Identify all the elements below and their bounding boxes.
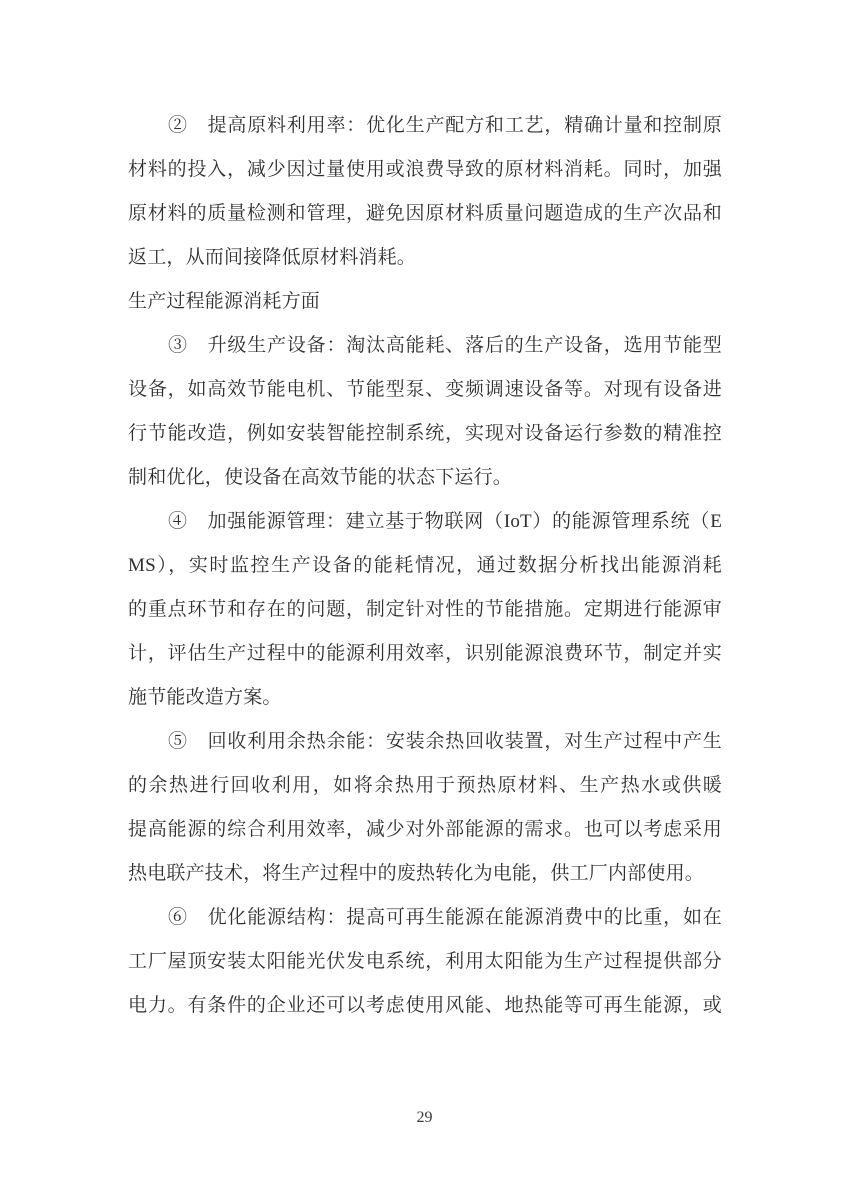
text-line: ④ 加强能源管理：建立基于物联网（IoT）的能源管理系统（E bbox=[128, 500, 722, 544]
text-line: 行节能改造，例如安装智能控制系统，实现对设备运行参数的精准控 bbox=[128, 412, 722, 456]
document-page: ② 提高原料利用率：优化生产配方和工艺，精确计量和控制原材料的投入，减少因过量使… bbox=[0, 0, 849, 1200]
paragraph: ③ 升级生产设备：淘汰高能耗、落后的生产设备，选用节能型设备，如高效节能电机、节… bbox=[128, 324, 722, 500]
text-line: MS），实时监控生产设备的能耗情况，通过数据分析找出能源消耗 bbox=[128, 544, 722, 588]
text-line: 计，评估生产过程中的能源利用效率，识别能源浪费环节，制定并实 bbox=[128, 632, 722, 676]
paragraph: ④ 加强能源管理：建立基于物联网（IoT）的能源管理系统（EMS），实时监控生产… bbox=[128, 500, 722, 720]
text-line: ⑤ 回收利用余热余能：安装余热回收装置，对生产过程中产生 bbox=[128, 720, 722, 764]
text-line: 生产过程能源消耗方面 bbox=[128, 280, 722, 324]
text-line: 提高能源的综合利用效率，减少对外部能源的需求。也可以考虑采用 bbox=[128, 808, 722, 852]
text-line: 的重点环节和存在的问题，制定针对性的节能措施。定期进行能源审 bbox=[128, 588, 722, 632]
page-number: 29 bbox=[0, 1106, 849, 1130]
text-line: 原材料的质量检测和管理，避免因原材料质量问题造成的生产次品和 bbox=[128, 192, 722, 236]
paragraph: ② 提高原料利用率：优化生产配方和工艺，精确计量和控制原材料的投入，减少因过量使… bbox=[128, 104, 722, 280]
text-line: 工厂屋顶安装太阳能光伏发电系统，利用太阳能为生产过程提供部分 bbox=[128, 940, 722, 984]
text-line: 施节能改造方案。 bbox=[128, 676, 722, 720]
text-line: 热电联产技术，将生产过程中的废热转化为电能，供工厂内部使用。 bbox=[128, 852, 722, 896]
text-line: ② 提高原料利用率：优化生产配方和工艺，精确计量和控制原 bbox=[128, 104, 722, 148]
paragraph: ⑥ 优化能源结构：提高可再生能源在能源消费中的比重，如在工厂屋顶安装太阳能光伏发… bbox=[128, 896, 722, 1028]
text-line: ⑥ 优化能源结构：提高可再生能源在能源消费中的比重，如在 bbox=[128, 896, 722, 940]
text-line: 制和优化，使设备在高效节能的状态下运行。 bbox=[128, 456, 722, 500]
text-body: ② 提高原料利用率：优化生产配方和工艺，精确计量和控制原材料的投入，减少因过量使… bbox=[128, 104, 722, 1028]
paragraph: ⑤ 回收利用余热余能：安装余热回收装置，对生产过程中产生的余热进行回收利用，如将… bbox=[128, 720, 722, 896]
text-line: 设备，如高效节能电机、节能型泵、变频调速设备等。对现有设备进 bbox=[128, 368, 722, 412]
text-line: 电力。有条件的企业还可以考虑使用风能、地热能等可再生能源，或 bbox=[128, 984, 722, 1028]
text-line: 返工，从而间接降低原材料消耗。 bbox=[128, 236, 722, 280]
section-heading: 生产过程能源消耗方面 bbox=[128, 280, 722, 324]
text-line: ③ 升级生产设备：淘汰高能耗、落后的生产设备，选用节能型 bbox=[128, 324, 722, 368]
text-line: 的余热进行回收利用，如将余热用于预热原材料、生产热水或供暖等， bbox=[128, 764, 722, 808]
text-line: 材料的投入，减少因过量使用或浪费导致的原材料消耗。同时，加强 bbox=[128, 148, 722, 192]
